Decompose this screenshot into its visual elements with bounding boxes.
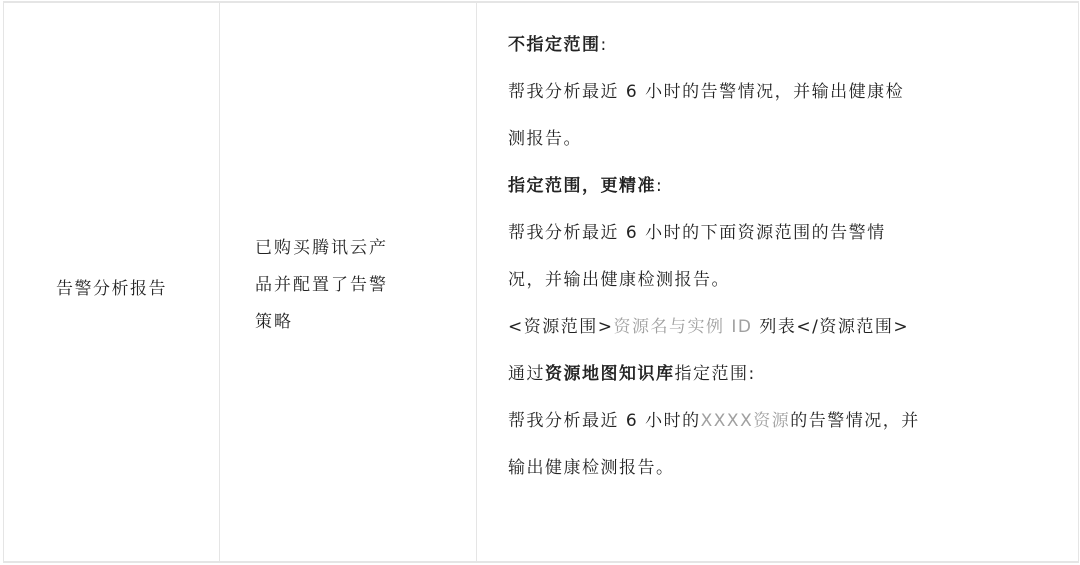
kb-prompt-line1: 帮我分析最近 6 小时的XXXX资源的告警情况，并	[508, 403, 1078, 440]
kb-resource-placeholder: XXXX资源	[701, 411, 791, 431]
scoped-heading: 指定范围，更精准:	[508, 168, 1078, 205]
prerequisite-line: 策略	[255, 304, 388, 341]
scoped-prompt-line1: 帮我分析最近 6 小时的下面资源范围的告警情	[508, 215, 1078, 252]
kb-prefix: 通过	[508, 364, 545, 384]
unscoped-prompt-line2: 测报告。	[508, 121, 1078, 158]
kb-name: 资源地图知识库	[545, 364, 675, 384]
unscoped-heading-text: 不指定范围	[508, 35, 601, 55]
scope-tag-close: 列表</资源范围>	[759, 317, 909, 337]
resource-scope-line: <资源范围>资源名与实例 ID 列表</资源范围>	[508, 309, 1078, 346]
colon: :	[601, 35, 608, 55]
unscoped-prompt-line1: 帮我分析最近 6 小时的告警情况，并输出健康检	[508, 74, 1078, 111]
resource-placeholder: 资源名与实例 ID	[614, 317, 760, 337]
colon: :	[656, 176, 663, 196]
scope-tag-open: <资源范围>	[508, 317, 614, 337]
scoped-heading-text: 指定范围，更精准	[508, 176, 656, 196]
scenario-label: 告警分析报告	[56, 266, 167, 299]
prerequisite-cell: 已购买腾讯云产 品并配置了告警 策略	[220, 3, 477, 561]
prerequisite-line: 已购买腾讯云产	[255, 230, 388, 267]
kb-line-prefix: 帮我分析最近 6 小时的	[508, 411, 701, 431]
unscoped-heading: 不指定范围:	[508, 27, 1078, 64]
prompt-example-table: 告警分析报告 已购买腾讯云产 品并配置了告警 策略 不指定范围: 帮我分析最近 …	[3, 1, 1079, 563]
prerequisite-text: 已购买腾讯云产 品并配置了告警 策略	[220, 224, 388, 341]
kb-line-suffix: 的告警情况，并	[790, 411, 920, 431]
examples-cell: 不指定范围: 帮我分析最近 6 小时的告警情况，并输出健康检 测报告。 指定范围…	[477, 3, 1078, 561]
kb-prompt-line2: 输出健康检测报告。	[508, 450, 1078, 487]
prerequisite-line: 品并配置了告警	[255, 267, 388, 304]
kb-suffix: 指定范围:	[675, 364, 756, 384]
kb-heading: 通过资源地图知识库指定范围:	[508, 356, 1078, 393]
scoped-prompt-line2: 况，并输出健康检测报告。	[508, 262, 1078, 299]
scenario-cell: 告警分析报告	[4, 3, 220, 561]
